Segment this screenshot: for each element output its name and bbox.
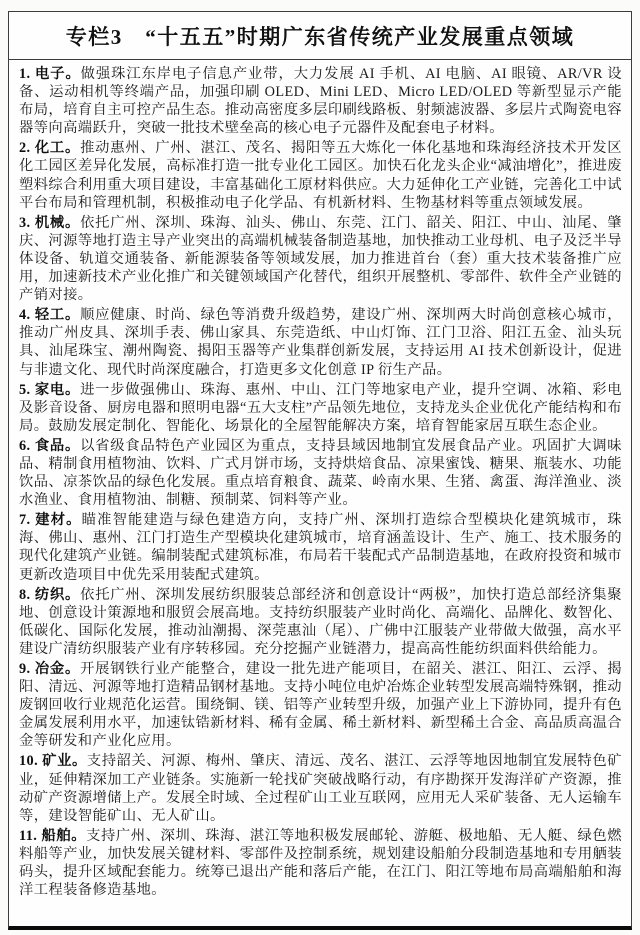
item-label: 11. 船舶。: [19, 828, 86, 844]
item-label: 2. 化工。: [19, 140, 80, 156]
item-label: 6. 食品。: [19, 438, 80, 454]
item-text: 支持韶关、河源、梅州、肇庆、清远、茂名、湛江、云浮等地因地制宜发展特色矿业，延伸…: [19, 753, 622, 823]
industry-item-8: 8. 纺织。依托广州、深圳发展纺织服装总部经济和创意设计“两极”，加快打造总部经…: [19, 586, 622, 658]
item-text: 支持广州、深圳、珠海、湛江等地积极发展邮轮、游艇、极地船、无人艇、绿色燃料船等产…: [19, 828, 622, 898]
item-text: 以省级食品特色产业园区为重点，支持县域因地制宜发展食品产业。巩固扩大调味品、精制…: [19, 438, 622, 508]
industry-item-11: 11. 船舶。支持广州、深圳、珠海、湛江等地积极发展邮轮、游艇、极地船、无人艇、…: [19, 827, 622, 899]
item-label: 5. 家电。: [19, 382, 80, 398]
industry-item-3: 3. 机械。依托广州、深圳、珠海、汕头、佛山、东莞、江门、韶关、阳江、中山、汕尾…: [19, 214, 622, 304]
industry-item-10: 10. 矿业。支持韶关、河源、梅州、肇庆、清远、茂名、湛江、云浮等地因地制宜发展…: [19, 752, 622, 824]
industry-item-1: 1. 电子。做强珠江东岸电子信息产业带，大力发展 AI 手机、AI 电脑、AI …: [19, 65, 622, 137]
item-text: 依托广州、深圳发展纺织服装总部经济和创意设计“两极”，加快打造总部经济集聚地、创…: [19, 587, 622, 657]
item-text: 进一步做强佛山、珠海、惠州、中山、江门等地家电产业，提升空调、冰箱、彩电及影音设…: [19, 382, 622, 434]
box-body: 1. 电子。做强珠江东岸电子信息产业带，大力发展 AI 手机、AI 电脑、AI …: [9, 60, 631, 926]
industry-item-9: 9. 冶金。开展钢铁行业产能整合，建设一批先进产能项目，在韶关、湛江、阳江、云浮…: [19, 660, 622, 750]
document-page: 专栏3 “十五五”时期广东省传统产业发展重点领域 1. 电子。做强珠江东岸电子信…: [0, 0, 640, 935]
item-label: 1. 电子。: [19, 66, 81, 82]
item-text: 做强珠江东岸电子信息产业带，大力发展 AI 手机、AI 电脑、AI 眼镜、AR/…: [19, 66, 622, 136]
item-label: 7. 建材。: [19, 512, 82, 528]
item-text: 开展钢铁行业产能整合，建设一批先进产能项目，在韶关、湛江、阳江、云浮、揭阳、清远…: [19, 661, 622, 749]
item-text: 依托广州、深圳、珠海、汕头、佛山、东莞、江门、韶关、阳江、中山、汕尾、肇庆、河源…: [19, 215, 622, 303]
item-text: 顺应健康、时尚、绿色等消费升级趋势，建设广州、深圳两大时尚创意核心城市，推动广州…: [19, 307, 622, 377]
item-label: 9. 冶金。: [19, 661, 80, 677]
item-text: 瞄准智能建造与绿色建造方向，支持广州、深圳打造综合型模块化建筑城市，珠海、佛山、…: [19, 512, 622, 582]
industry-item-7: 7. 建材。瞄准智能建造与绿色建造方向，支持广州、深圳打造综合型模块化建筑城市，…: [19, 511, 622, 583]
box-title: 专栏3 “十五五”时期广东省传统产业发展重点领域: [9, 12, 631, 60]
policy-column-box: 专栏3 “十五五”时期广东省传统产业发展重点领域 1. 电子。做强珠江东岸电子信…: [8, 11, 632, 930]
item-label: 8. 纺织。: [19, 587, 80, 603]
item-label: 10. 矿业。: [19, 753, 87, 769]
industry-item-6: 6. 食品。以省级食品特色产业园区为重点，支持县域因地制宜发展食品产业。巩固扩大…: [19, 437, 622, 509]
industry-item-2: 2. 化工。推动惠州、广州、湛江、茂名、揭阳等五大炼化一体化基地和珠海经济技术开…: [19, 139, 622, 211]
item-text: 推动惠州、广州、湛江、茂名、揭阳等五大炼化一体化基地和珠海经济技术开发区化工园区…: [19, 140, 622, 210]
industry-item-4: 4. 轻工。顺应健康、时尚、绿色等消费升级趋势，建设广州、深圳两大时尚创意核心城…: [19, 306, 622, 378]
industry-item-5: 5. 家电。进一步做强佛山、珠海、惠州、中山、江门等地家电产业，提升空调、冰箱、…: [19, 381, 622, 435]
item-label: 3. 机械。: [19, 215, 80, 231]
item-label: 4. 轻工。: [19, 307, 80, 323]
